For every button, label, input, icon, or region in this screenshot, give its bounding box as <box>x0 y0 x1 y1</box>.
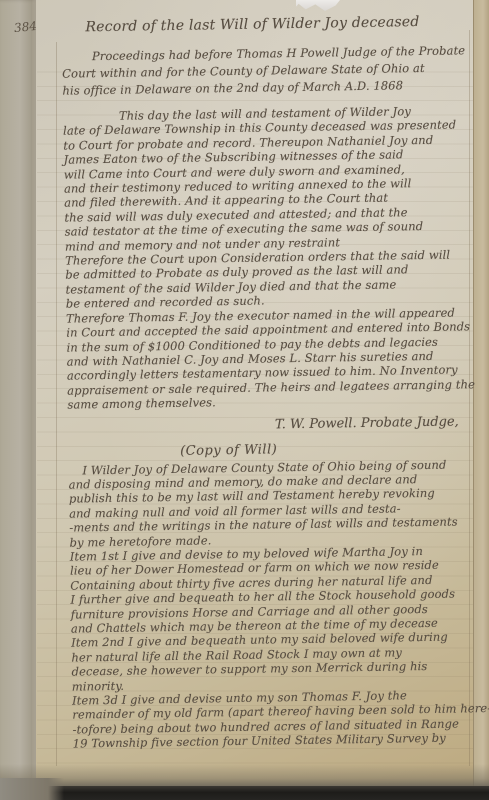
document-text: Record of the last Will of Wilder Joy de… <box>0 0 489 752</box>
book-edge-dark <box>0 786 489 800</box>
paragraph-will-item-1: Item 1st I give and devise to my beloved… <box>70 543 484 636</box>
book-edge-gray <box>0 778 64 800</box>
paragraph-will-presented: This day the last will and testament of … <box>63 103 478 254</box>
paragraph-executor-bond: Therefore Thomas F. Joy the executor nam… <box>66 305 481 412</box>
paragraph-court-order: Therefore the Court upon Consideration o… <box>65 247 479 311</box>
judge-signature: T. W. Powell. Probate Judge, <box>68 414 481 436</box>
document-heading: Record of the last Will of Wilder Joy de… <box>61 13 474 35</box>
scan-shadow-band <box>0 764 489 788</box>
paragraph-will-item-2: Item 2nd I give and bequeath unto my sai… <box>71 630 485 694</box>
paragraph-proceedings: Proceedings had before Thomas H Powell J… <box>62 42 476 99</box>
paragraph-will-item-3: Item 3d I give and devise unto my son Th… <box>72 687 486 751</box>
scanned-document-page: 384 Record of the last Will of Wilder Jo… <box>0 0 489 800</box>
paragraph-will-declaration: I Wilder Joy of Delaware County State of… <box>68 457 482 550</box>
